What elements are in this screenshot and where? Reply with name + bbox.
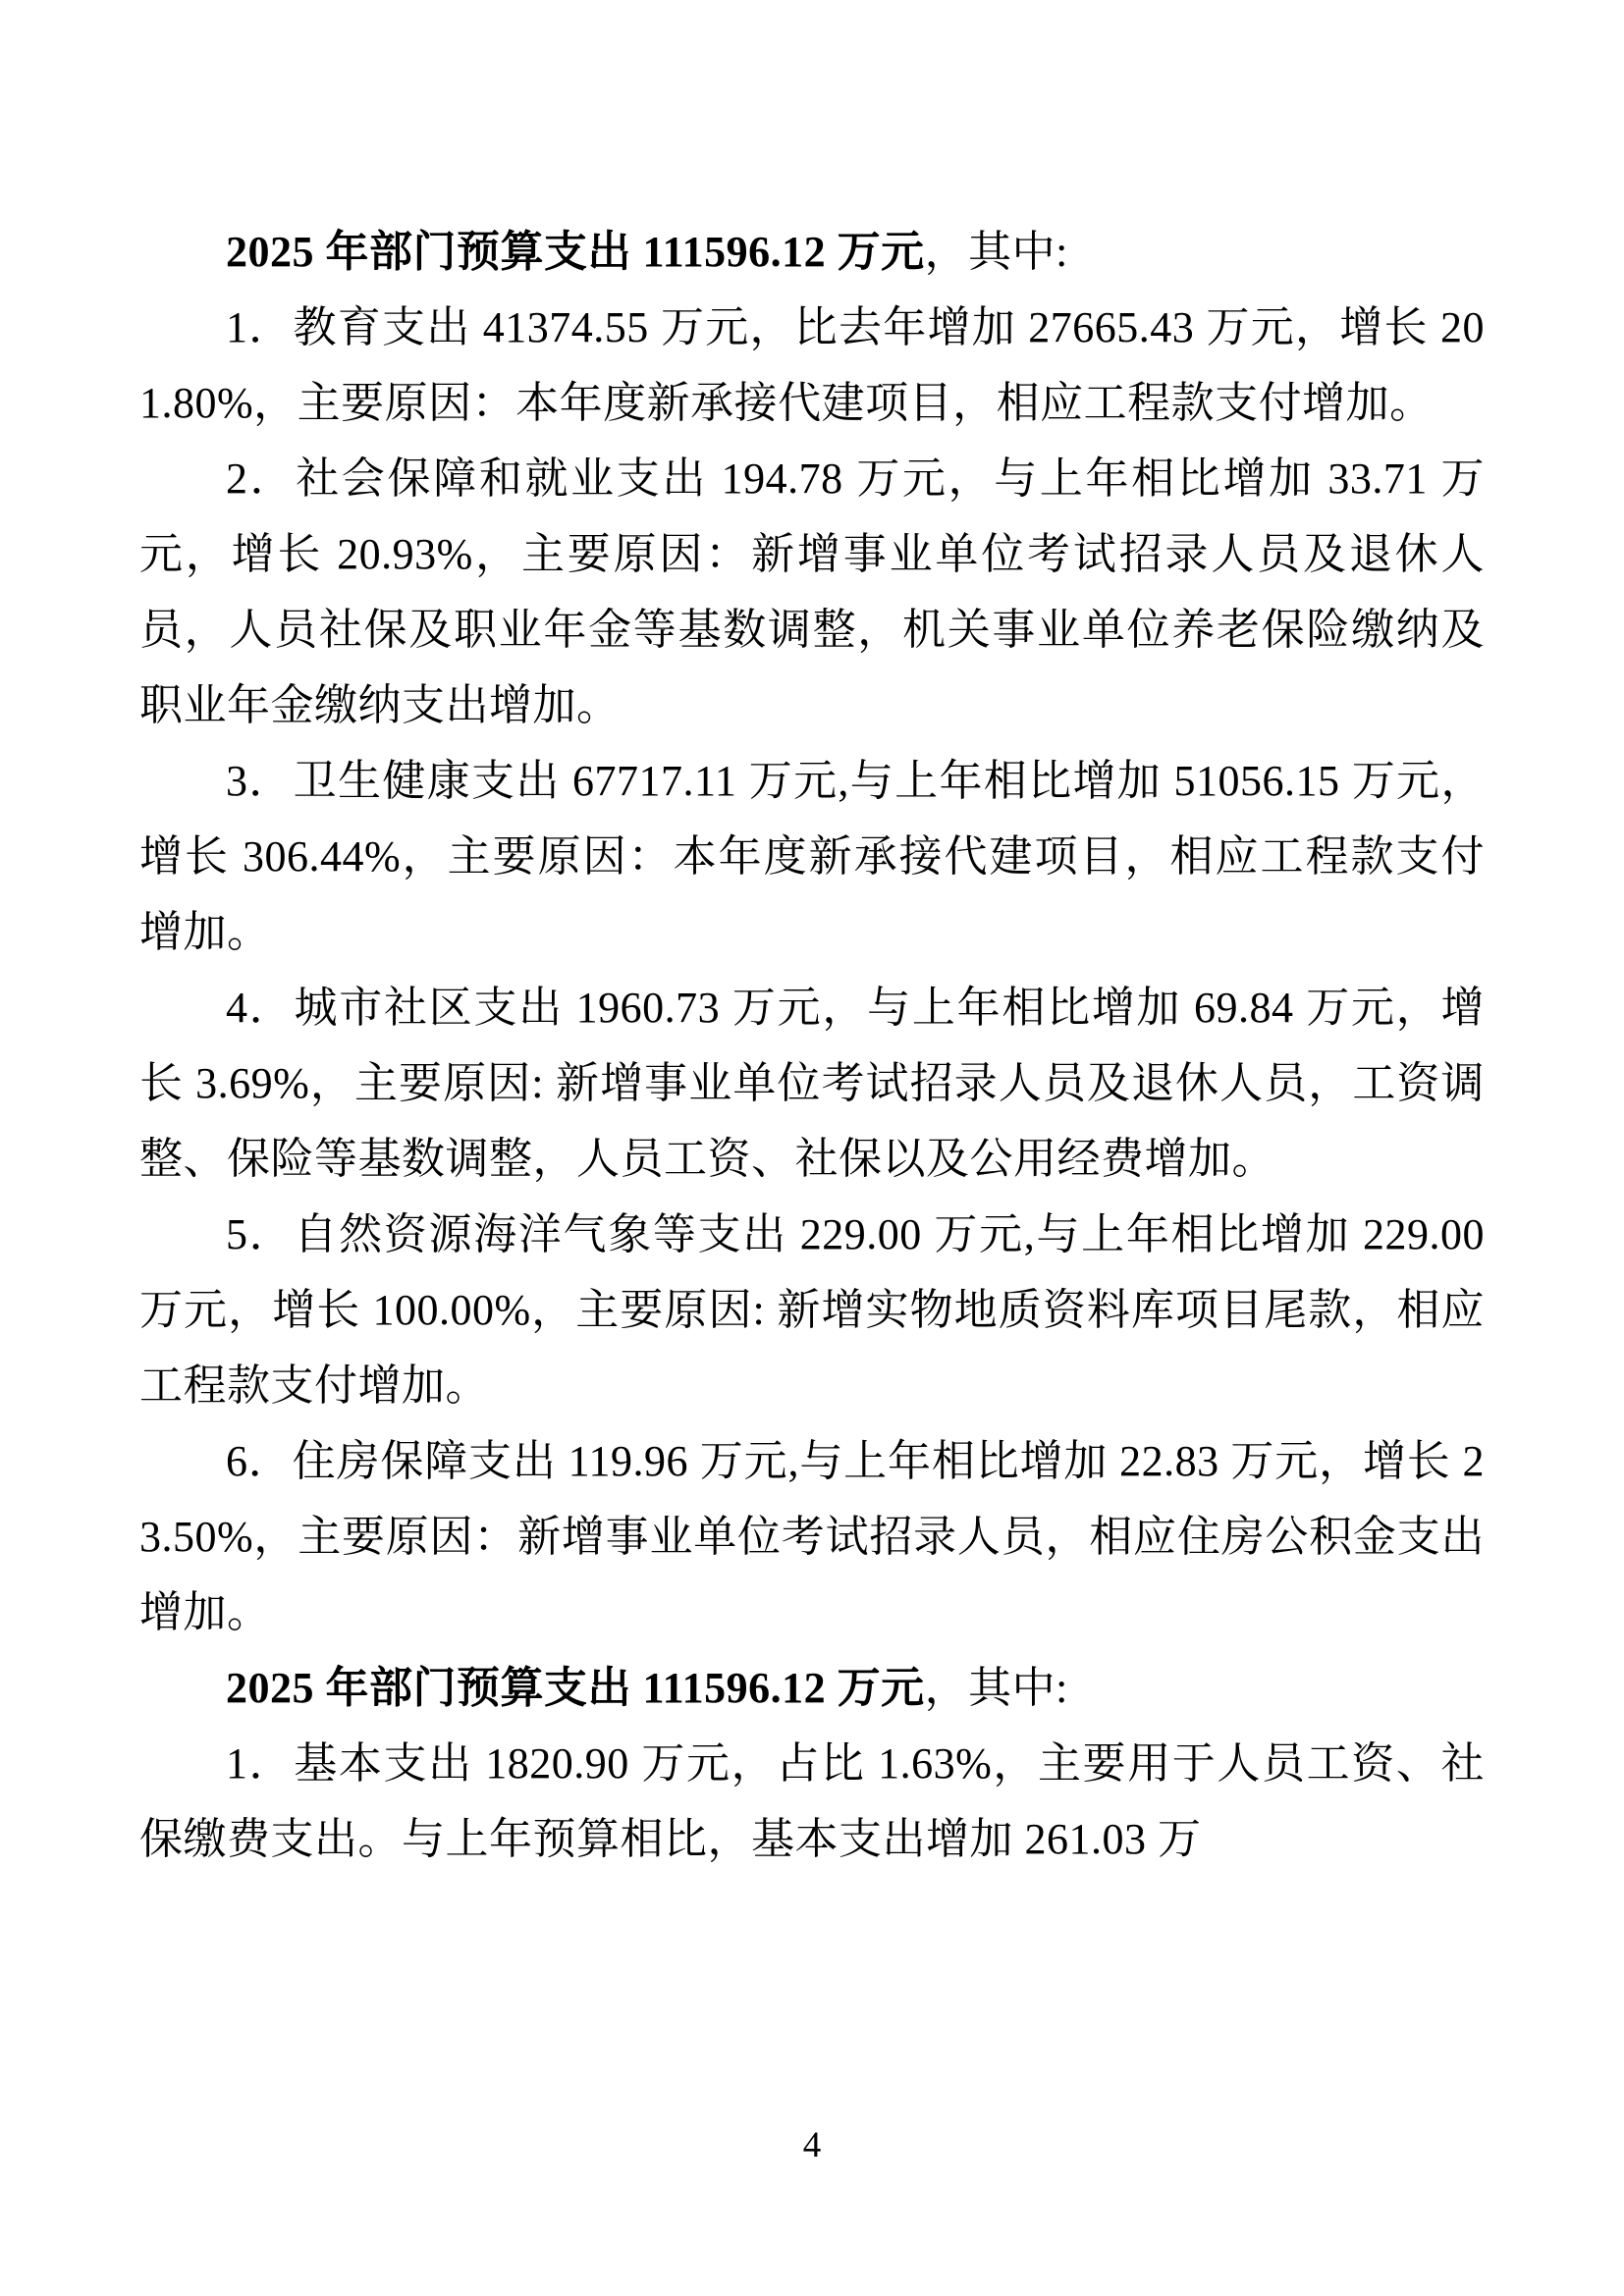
economic-budget-heading-bold: 2025 年部门预算支出 111596.12 万元 (226, 1664, 925, 1712)
document-content: 2025 年部门预算支出 111596.12 万元，其中: 1．教育支出 413… (139, 214, 1485, 1877)
functional-budget-heading-bold: 2025 年部门预算支出 111596.12 万元 (226, 228, 925, 276)
economic-budget-heading: 2025 年部门预算支出 111596.12 万元，其中: (139, 1650, 1485, 1726)
paragraph-social-security-expenditure: 2．社会保障和就业支出 194.78 万元，与上年相比增加 33.71 万元，增… (139, 441, 1485, 743)
paragraph-basic-expenditure: 1．基本支出 1820.90 万元，占比 1.63%，主要用于人员工资、社保缴费… (139, 1726, 1485, 1877)
economic-budget-heading-regular: ，其中: (925, 1664, 1068, 1712)
paragraph-education-expenditure: 1．教育支出 41374.55 万元，比去年增加 27665.43 万元，增长 … (139, 290, 1485, 441)
document-page: 2025 年部门预算支出 111596.12 万元，其中: 1．教育支出 413… (0, 0, 1624, 2296)
page-footer: 4 (0, 2124, 1624, 2166)
paragraph-urban-community-expenditure: 4．城市社区支出 1960.73 万元，与上年相比增加 69.84 万元，增长 … (139, 970, 1485, 1197)
functional-budget-heading-regular: ，其中: (925, 228, 1068, 276)
paragraph-natural-resources-expenditure: 5．自然资源海洋气象等支出 229.00 万元,与上年相比增加 229.00 万… (139, 1197, 1485, 1423)
paragraph-health-expenditure: 3．卫生健康支出 67717.11 万元,与上年相比增加 51056.15 万元… (139, 743, 1485, 970)
paragraph-housing-security-expenditure: 6．住房保障支出 119.96 万元,与上年相比增加 22.83 万元，增长 2… (139, 1423, 1485, 1650)
functional-budget-heading: 2025 年部门预算支出 111596.12 万元，其中: (139, 214, 1485, 290)
page-number: 4 (803, 2125, 822, 2165)
